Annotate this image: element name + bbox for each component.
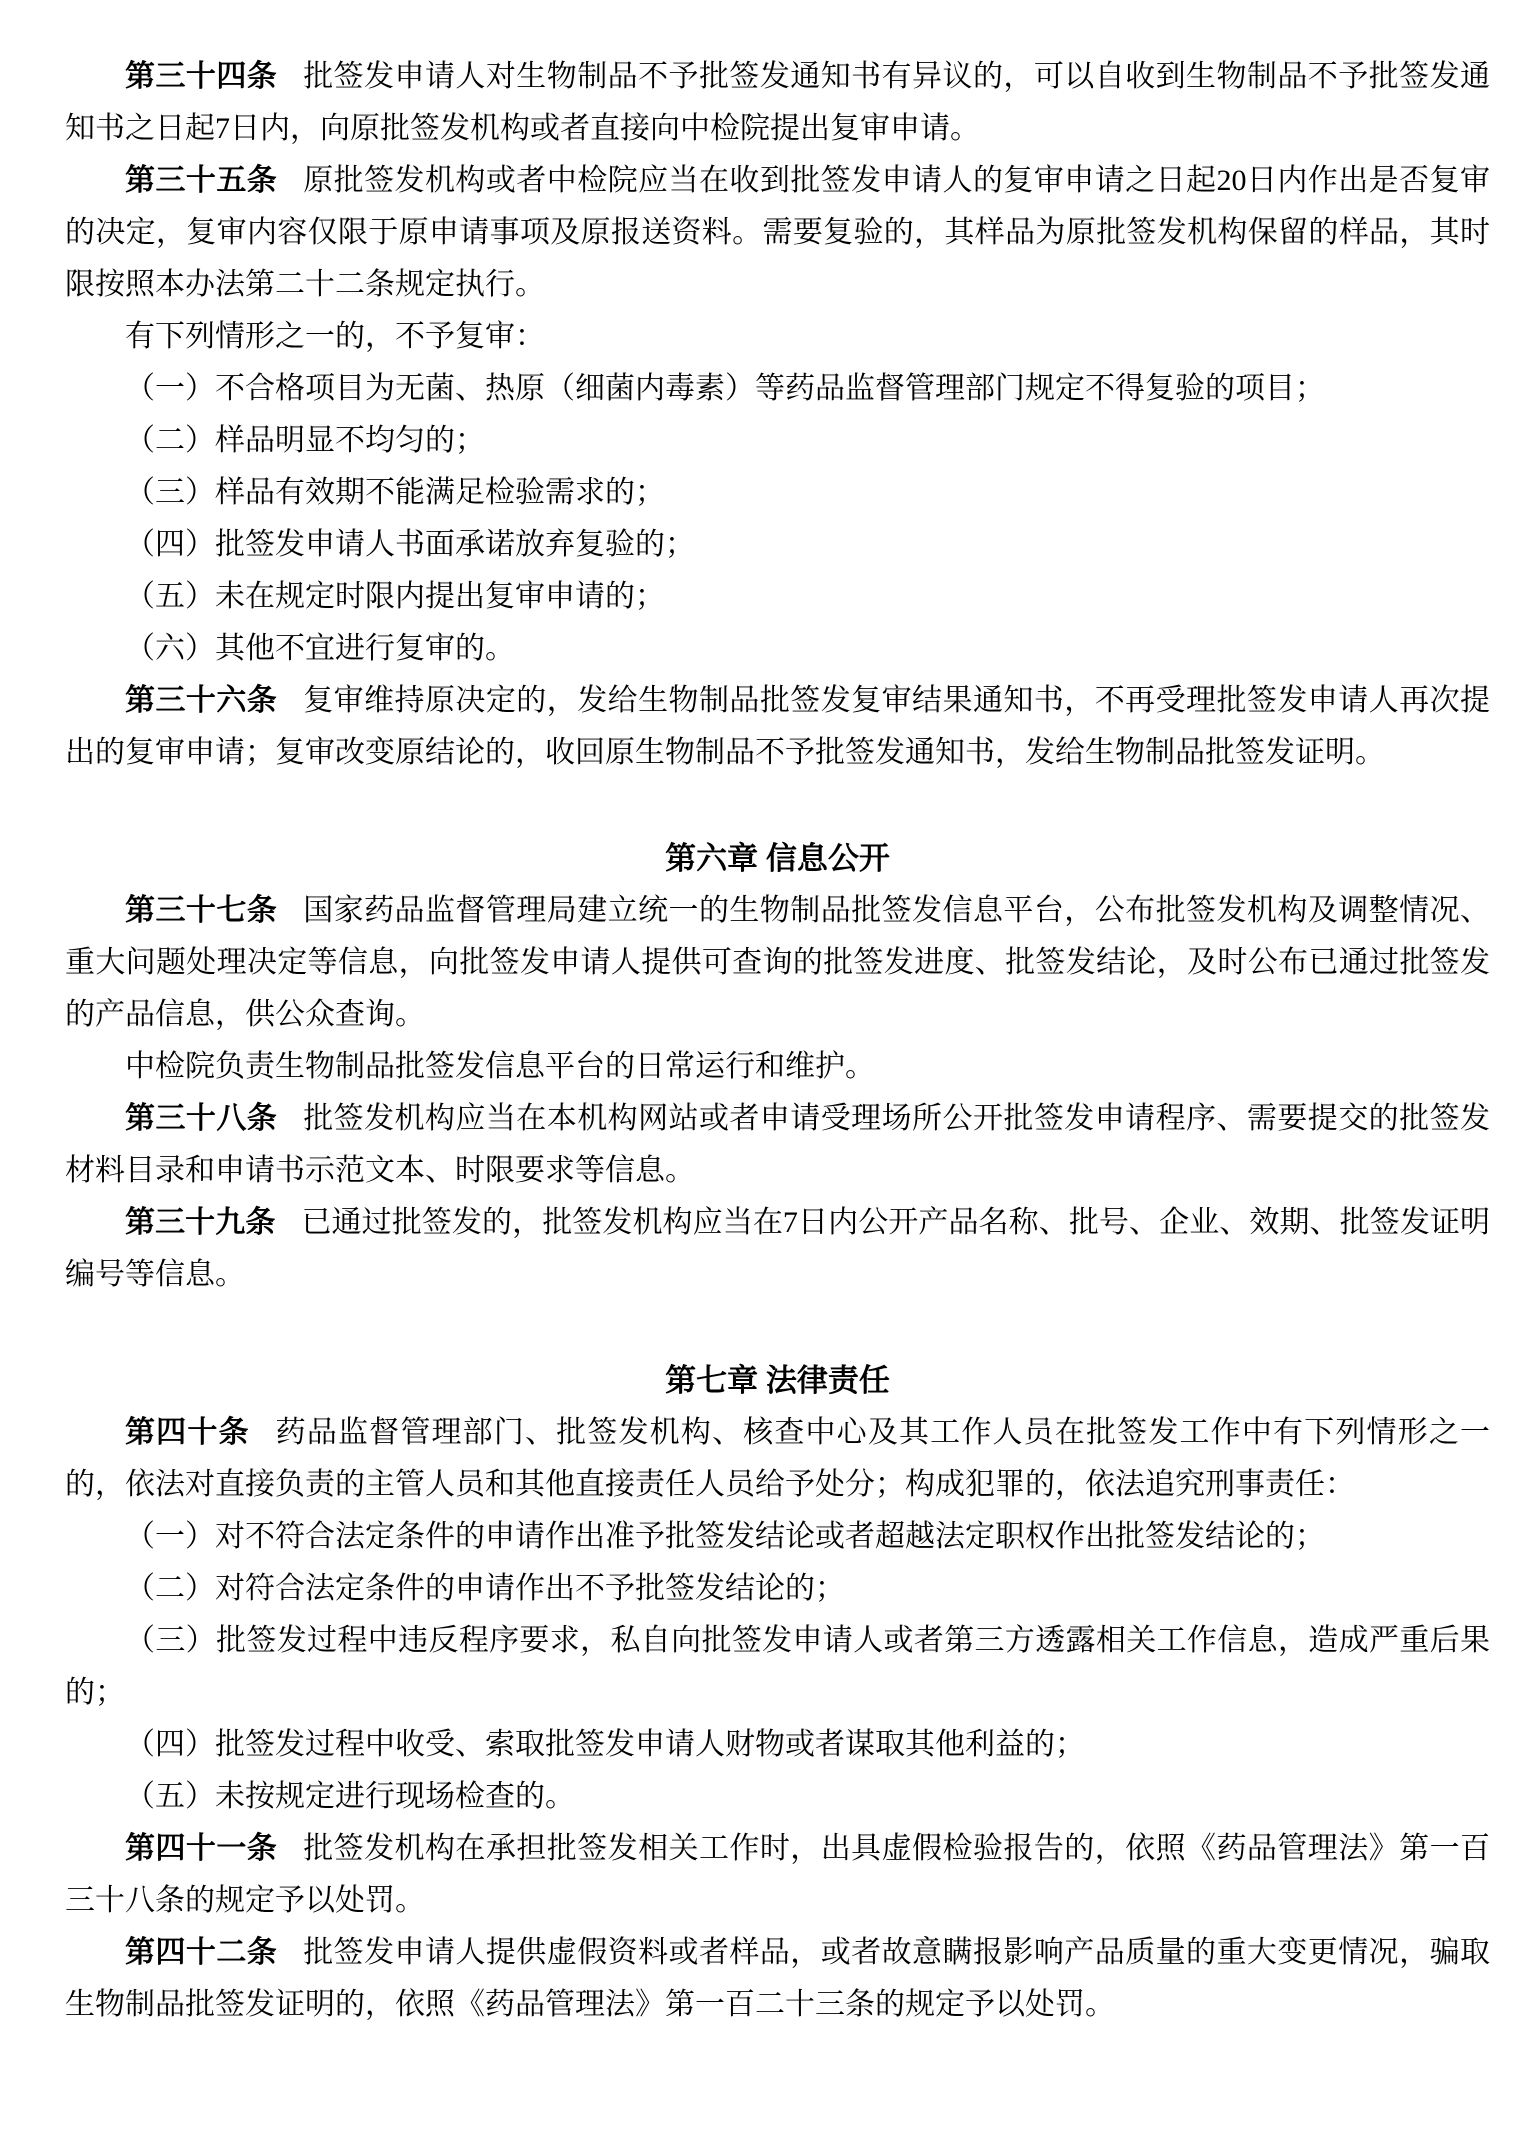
article-39-number: 第三十九条 [125,1206,301,1239]
paragraph-no-review-intro: 有下列情形之一的，不予复审： [65,311,1490,363]
article-36: 第三十六条复审维持原决定的，发给生物制品批签发复审结果通知书，不再受理批签发申请… [65,675,1490,779]
article-34: 第三十四条批签发申请人对生物制品不予批签发通知书有异议的，可以自收到生物制品不予… [65,51,1490,155]
chapter-7-title: 第七章 法律责任 [65,1355,1490,1407]
list-item-1-1: （一）不合格项目为无菌、热原（细菌内毒素）等药品监督管理部门规定不得复验的项目； [65,363,1490,415]
article-42-number: 第四十二条 [125,1936,303,1969]
article-34-number: 第三十四条 [125,60,303,93]
article-35-number: 第三十五条 [125,164,303,197]
list-item-1-4: （四）批签发申请人书面承诺放弃复验的； [65,519,1490,571]
list-item-2-5: （五）未按规定进行现场检查的。 [65,1771,1490,1823]
article-41: 第四十一条批签发机构在承担批签发相关工作时，出具虚假检验报告的，依照《药品管理法… [65,1823,1490,1927]
list-item-2-2: （二）对符合法定条件的申请作出不予批签发结论的； [65,1563,1490,1615]
article-40-body: 药品监督管理部门、批签发机构、核查中心及其工作人员在批签发工作中有下列情形之一的… [65,1416,1490,1501]
list-item-2-3: （三）批签发过程中违反程序要求，私自向批签发申请人或者第三方透露相关工作信息，造… [65,1615,1490,1719]
list-item-1-2: （二）样品明显不均匀的； [65,415,1490,467]
list-item-2-1: （一）对不符合法定条件的申请作出准予批签发结论或者超越法定职权作出批签发结论的； [65,1511,1490,1563]
article-40: 第四十条药品监督管理部门、批签发机构、核查中心及其工作人员在批签发工作中有下列情… [65,1407,1490,1511]
list-item-2-4: （四）批签发过程中收受、索取批签发申请人财物或者谋取其他利益的； [65,1719,1490,1771]
list-item-1-6: （六）其他不宜进行复审的。 [65,623,1490,675]
article-42: 第四十二条批签发申请人提供虚假资料或者样品，或者故意瞒报影响产品质量的重大变更情… [65,1927,1490,2031]
article-37: 第三十七条国家药品监督管理局建立统一的生物制品批签发信息平台，公布批签发机构及调… [65,885,1490,1041]
chapter-6-title: 第六章 信息公开 [65,833,1490,885]
article-35: 第三十五条原批签发机构或者中检院应当在收到批签发申请人的复审申请之日起20日内作… [65,155,1490,311]
list-item-1-5: （五）未在规定时限内提出复审申请的； [65,571,1490,623]
article-38: 第三十八条批签发机构应当在本机构网站或者申请受理场所公开批签发申请程序、需要提交… [65,1093,1490,1197]
document-page: 第三十四条批签发申请人对生物制品不予批签发通知书有异议的，可以自收到生物制品不予… [0,0,1520,2150]
article-41-number: 第四十一条 [125,1832,303,1865]
paragraph-platform-maintenance: 中检院负责生物制品批签发信息平台的日常运行和维护。 [65,1041,1490,1093]
article-38-number: 第三十八条 [125,1102,303,1135]
article-40-number: 第四十条 [125,1416,276,1449]
article-39: 第三十九条已通过批签发的，批签发机构应当在7日内公开产品名称、批号、企业、效期、… [65,1197,1490,1301]
article-37-number: 第三十七条 [125,894,303,927]
list-item-1-3: （三）样品有效期不能满足检验需求的； [65,467,1490,519]
article-36-number: 第三十六条 [125,684,303,717]
